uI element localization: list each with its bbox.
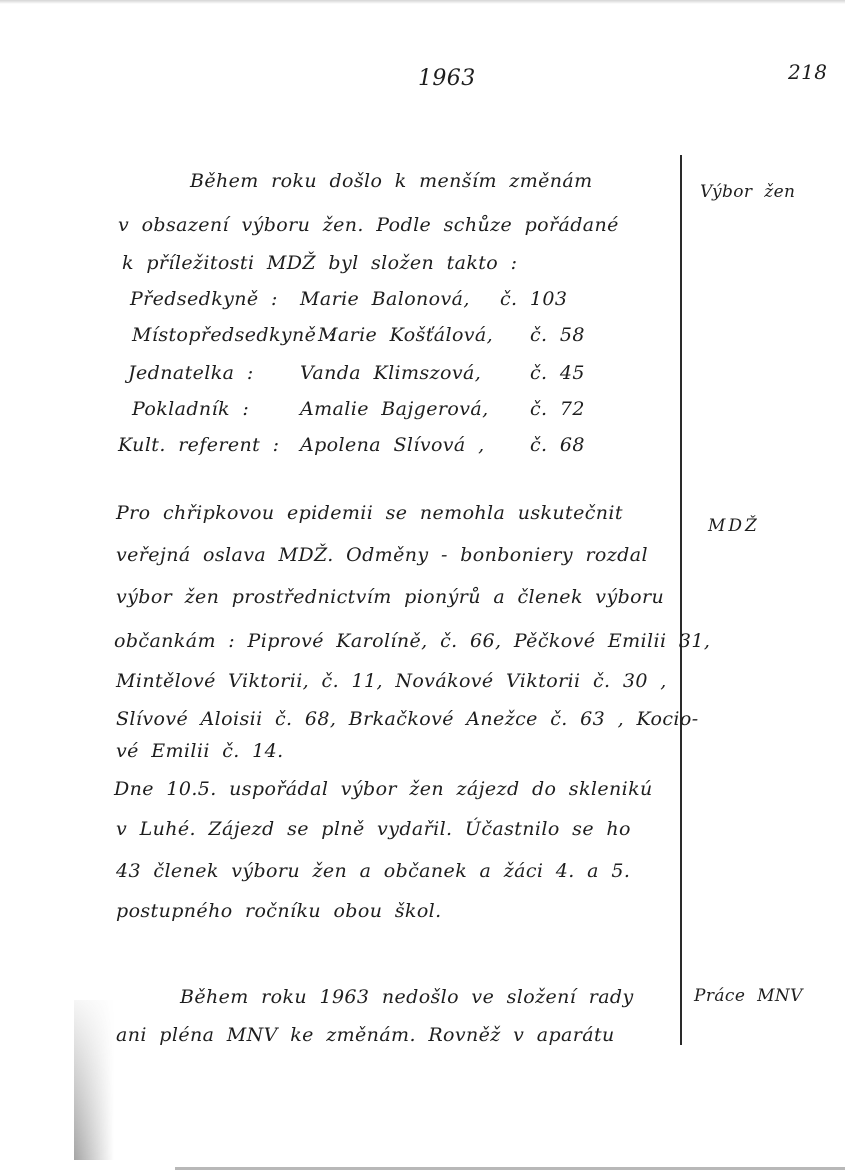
text-line: výbor žen prostřednictvím pionýrů a člen… (116, 586, 664, 608)
officer-house: č. 68 (530, 434, 585, 456)
officer-role: Předsedkyně : (130, 288, 278, 310)
officer-house: č. 58 (530, 324, 585, 346)
text-line: Během roku 1963 nedošlo ve složení rady (180, 986, 634, 1008)
scan-shadow-left (74, 1000, 114, 1160)
officer-role: Jednatelka : (128, 362, 254, 384)
officer-name: Marie Balonová, (300, 288, 470, 310)
scan-edge-top (0, 0, 845, 4)
margin-note-prace-mnv: Práce MNV (694, 986, 803, 1006)
text-line: v Luhé. Zájezd se plně vydařil. Účastnil… (116, 818, 631, 840)
officer-name: Vanda Klimszová, (300, 362, 481, 384)
margin-note-vybor-zen: Výbor žen (700, 182, 795, 202)
text-line: veřejná oslava MDŽ. Odměny - bonboniery … (116, 544, 648, 566)
officer-name: Amalie Bajgerová, (300, 398, 489, 420)
text-line: Mintělové Viktorii, č. 11, Novákové Vikt… (116, 670, 667, 692)
officer-role: Kult. referent : (118, 434, 279, 456)
margin-note-mdz: MDŽ (708, 516, 760, 536)
officer-role: Pokladník : (132, 398, 249, 420)
officer-name: Apolena Slívová , (300, 434, 485, 456)
officer-house: č. 72 (530, 398, 585, 420)
officer-house: č. 103 (500, 288, 567, 310)
officer-house: č. 45 (530, 362, 585, 384)
margin-divider (680, 155, 682, 1045)
text-line: vé Emilii č. 14. (116, 740, 284, 762)
text-line: k příležitosti MDŽ byl složen takto : (122, 252, 517, 274)
text-line: Během roku došlo k menším změnám (190, 170, 593, 192)
officer-name: Marie Košťálová, (318, 324, 493, 346)
text-line: ani pléna MNV ke změnám. Rovněž v aparát… (116, 1024, 615, 1046)
text-line: Pro chřipkovou epidemii se nemohla uskut… (116, 502, 623, 524)
officer-role: Místopředsedkyně : (132, 324, 336, 346)
text-line: občankám : Piprové Karolíně, č. 66, Pěčk… (114, 630, 710, 652)
page-year: 1963 (418, 66, 476, 91)
text-line: 43 členek výboru žen a občanek a žáci 4.… (116, 860, 630, 882)
text-line: v obsazení výboru žen. Podle schůze pořá… (118, 214, 619, 236)
text-line: Dne 10.5. uspořádal výbor žen zájezd do … (114, 778, 653, 800)
text-line: postupného ročníku obou škol. (116, 900, 442, 922)
text-line: Slívové Aloisii č. 68, Brkačkové Anežce … (116, 708, 699, 730)
page-number: 218 (788, 60, 827, 84)
